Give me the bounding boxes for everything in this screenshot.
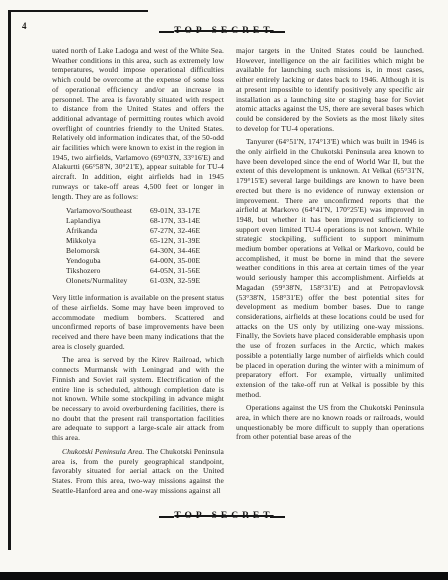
paragraph: Operations against the US from the Chuko… bbox=[236, 403, 424, 442]
airfield-name: Varlamovo/Southeast bbox=[66, 206, 150, 216]
table-row: Yendoguba 64-00N, 35-00E bbox=[66, 256, 224, 266]
airfield-name: Tikshozero bbox=[66, 266, 150, 276]
airfield-coords: 69-01N, 33-17E bbox=[150, 206, 200, 216]
airfield-coords: 65-12N, 31-39E bbox=[150, 236, 200, 246]
header-classification: TOP SECRET bbox=[0, 20, 448, 38]
airfield-coords: 64-30N, 34-46E bbox=[150, 246, 200, 256]
airfield-coordinate-table: Varlamovo/Southeast 69-01N, 33-17E Lapla… bbox=[66, 206, 224, 286]
left-column: uated north of Lake Ladoga and west of t… bbox=[52, 46, 224, 499]
paragraph: Very little information is available on … bbox=[52, 293, 224, 351]
table-row: Olonets/Nurmalitey 61-03N, 32-59E bbox=[66, 276, 224, 286]
paragraph: The area is served by the Kirev Railroad… bbox=[52, 355, 224, 442]
classification-stamp-struck: TOP SECRET bbox=[174, 26, 273, 36]
airfield-name: Mikkolya bbox=[66, 236, 150, 246]
paragraph: major targets in the United States could… bbox=[236, 46, 424, 133]
airfield-name: Belomorsk bbox=[66, 246, 150, 256]
table-row: Tikshozero 64-05N, 31-56E bbox=[66, 266, 224, 276]
right-column: major targets in the United States could… bbox=[236, 46, 424, 499]
airfield-name: Olonets/Nurmalitey bbox=[66, 276, 150, 286]
airfield-coords: 64-00N, 35-00E bbox=[150, 256, 200, 266]
table-row: Mikkolya 65-12N, 31-39E bbox=[66, 236, 224, 246]
table-row: Afrikanda 67-27N, 32-46E bbox=[66, 226, 224, 236]
scan-bottom-bar bbox=[0, 572, 448, 580]
airfield-coords: 64-05N, 31-56E bbox=[150, 266, 200, 276]
airfield-coords: 61-03N, 32-59E bbox=[150, 276, 200, 286]
classification-stamp-struck: TOP SECRET bbox=[174, 511, 273, 521]
table-row: Varlamovo/Southeast 69-01N, 33-17E bbox=[66, 206, 224, 216]
document-page: 4 TOP SECRET uated north of Lake Ladoga … bbox=[0, 0, 448, 580]
paragraph: uated north of Lake Ladoga and west of t… bbox=[52, 46, 224, 201]
table-row: Belomorsk 64-30N, 34-46E bbox=[66, 246, 224, 256]
airfield-name: Afrikanda bbox=[66, 226, 150, 236]
scan-edge-left bbox=[8, 10, 11, 550]
airfield-name: Laplandiya bbox=[66, 216, 150, 226]
table-row: Laplandiya 68-17N, 33-14E bbox=[66, 216, 224, 226]
scan-edge-top bbox=[8, 10, 148, 12]
paragraph: Tanyurer (64°51'N, 174°13'E) which was b… bbox=[236, 137, 424, 399]
section-lead: Chukotski Peninsula Area. bbox=[62, 447, 144, 456]
airfield-coords: 67-27N, 32-46E bbox=[150, 226, 200, 236]
airfield-name: Yendoguba bbox=[66, 256, 150, 266]
footer-classification: TOP SECRET bbox=[0, 505, 448, 523]
airfield-coords: 68-17N, 33-14E bbox=[150, 216, 200, 226]
text-columns: uated north of Lake Ladoga and west of t… bbox=[52, 46, 424, 499]
paragraph: Chukotski Peninsula Area. The Chukotski … bbox=[52, 447, 224, 496]
